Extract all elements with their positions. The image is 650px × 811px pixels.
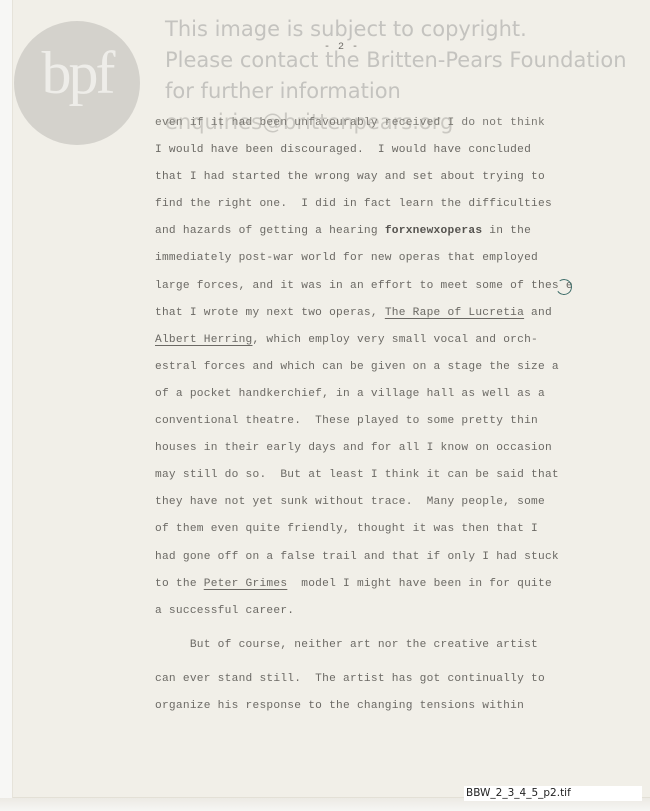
text-segment: and hazards of getting a hearing: [155, 225, 385, 237]
text-line: But of course, neither art nor the creat…: [155, 636, 573, 670]
text-segment: , which employ very small vocal and orch…: [253, 334, 539, 346]
text-line: I would have been discouraged. I would h…: [155, 141, 573, 168]
scan-left-margin: [0, 0, 12, 811]
bpf-logo-text: bpf: [14, 43, 140, 103]
text-line: may still do so. But at least I think it…: [155, 466, 573, 493]
underlined-opera-title: The Rape of Lucretia: [385, 307, 524, 319]
underlined-opera-title: Peter Grimes: [204, 578, 288, 590]
struck-out-text: forxnewxoperas: [385, 225, 483, 237]
copyright-notice-line-2: Please contact the Britten-Pears Foundat…: [165, 47, 627, 73]
text-line: they have not yet sunk without trace. Ma…: [155, 493, 573, 520]
text-line: to the Peter Grimes model I might have b…: [155, 575, 573, 602]
text-line: a successful career.: [155, 602, 573, 636]
copyright-notice-line-3: for further information: [165, 78, 401, 104]
text-line: conventional theatre. These played to so…: [155, 412, 573, 439]
file-name-label: BBW_2_3_4_5_p2.tif: [464, 786, 642, 801]
typed-body-text: even if it had been unfavourably receive…: [155, 114, 573, 724]
text-line: large forces, and it was in an effort to…: [155, 277, 573, 304]
text-line: that I wrote my next two operas, The Rap…: [155, 304, 573, 331]
text-line: even if it had been unfavourably receive…: [155, 114, 573, 141]
text-line: can ever stand still. The artist has got…: [155, 670, 573, 697]
underlined-opera-title: Albert Herring: [155, 334, 253, 346]
copyright-notice-line-1: This image is subject to copyright.: [165, 16, 527, 42]
text-line: that I had started the wrong way and set…: [155, 168, 573, 195]
text-line: organize his response to the changing te…: [155, 697, 573, 724]
text-line: of them even quite friendly, thought it …: [155, 520, 573, 547]
text-segment: that I wrote my next two operas,: [155, 307, 385, 319]
text-line: immediately post-war world for new opera…: [155, 249, 573, 276]
text-line: estral forces and which can be given on …: [155, 358, 573, 385]
text-line: find the right one. I did in fact learn …: [155, 195, 573, 222]
page-number: - 2 -: [324, 42, 359, 53]
text-segment: model I might have been in for quite: [287, 578, 552, 590]
text-line: and hazards of getting a hearing forxnew…: [155, 222, 573, 249]
text-segment: to the: [155, 578, 204, 590]
text-line: had gone off on a false trail and that i…: [155, 548, 573, 575]
text-line: of a pocket handkerchief, in a village h…: [155, 385, 573, 412]
bpf-logo-watermark: bpf: [14, 21, 140, 145]
text-line: houses in their early days and for all I…: [155, 439, 573, 466]
text-segment: in the: [482, 225, 531, 237]
text-segment: and: [524, 307, 552, 319]
text-line: Albert Herring, which employ very small …: [155, 331, 573, 358]
